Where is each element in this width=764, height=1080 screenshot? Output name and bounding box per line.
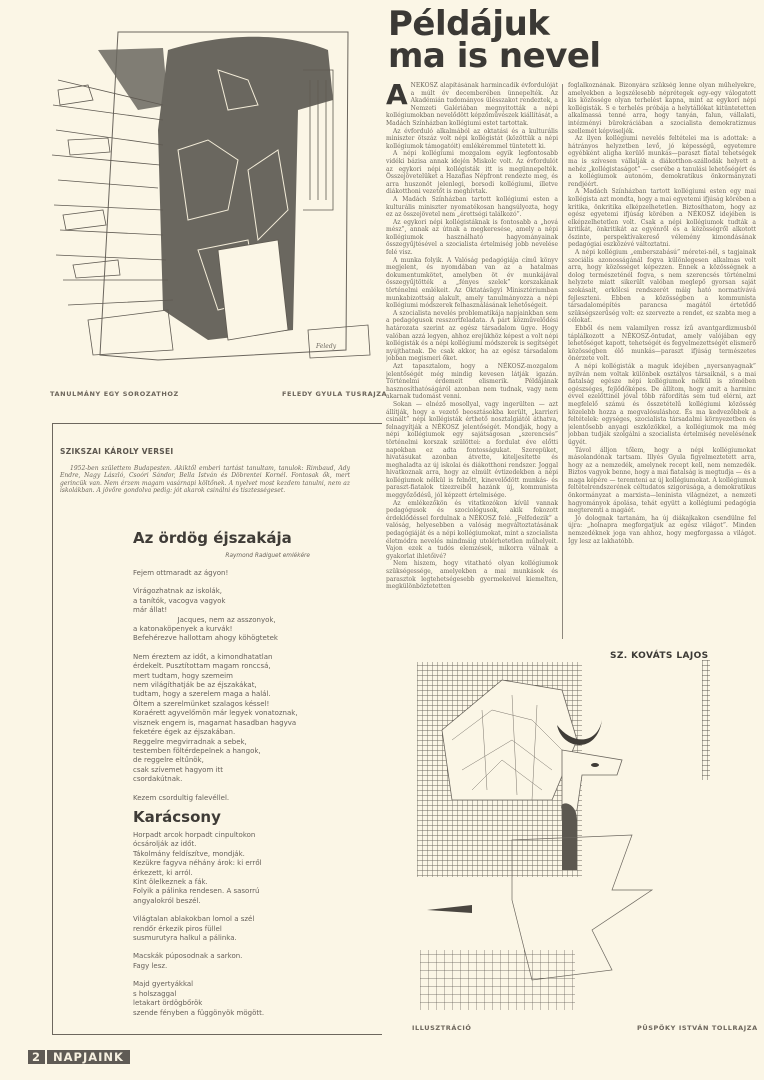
svg-text:Feledy: Feledy	[315, 343, 337, 350]
poem-stanza: Kezem csordultig falevéllel.	[133, 794, 373, 803]
article-paragraph: A népi kollégisták a maguk idejében „nye…	[568, 363, 756, 447]
illustration-caption-right: FELEDY GYULA TUSRAJZA	[282, 390, 387, 398]
poem-stanza: Világtalan ablakokban lomol a szél rendő…	[133, 915, 373, 943]
poem-stanza: Nem éreztem az időt, a kimondhatatlan ér…	[133, 653, 373, 785]
illustration-caption-right: PÜSPÖKY ISTVÁN TOLLRAJZA	[637, 1024, 758, 1032]
poem-dedication: Raymond Radiguet emlékére	[200, 553, 310, 559]
column-divider	[562, 84, 563, 639]
article-paragraph: Távol álljon tőlem, hogy a népi kollégiu…	[568, 447, 756, 515]
poem-body-2: Horpadt arcok horpadt cinpultokon ócsáro…	[133, 831, 373, 1027]
poet-bio: 1952-ben születtem Budapesten. Akiktől e…	[60, 465, 350, 495]
article-paragraph: NÉKOSZ alapításának harmincadik évfordul…	[386, 82, 558, 128]
article-paragraph: A Madách Színházban tartott kollégiumi e…	[568, 188, 756, 249]
article-paragraph: Az évforduló alkalmából az oktatási és a…	[386, 128, 558, 151]
article-paragraph: Sokan — elnéző mosollyal, vagy ingerülte…	[386, 401, 558, 500]
article-paragraph: Ebből és nem valamilyen rossz ízű avantg…	[568, 325, 756, 363]
poet-header: SZIKSZAI KÁROLY VERSEI	[60, 447, 174, 456]
poem-title-2: Karácsony	[133, 808, 221, 826]
page-footer: 2 NAPJAINK	[28, 1050, 130, 1064]
puspoky-illustration	[412, 650, 712, 1020]
poem-stanza: Majd gyertyákkal s holszaggal letakart ö…	[133, 980, 373, 1018]
page-number: 2	[28, 1050, 45, 1064]
article-paragraph: Az emlékezőkön és vitatkozókon kívül van…	[386, 500, 558, 561]
title-line-2: ma is nevel	[388, 40, 758, 72]
article-paragraph: foglalkoznának. Bizonyára szükség lenne …	[568, 82, 756, 135]
article-column-2: foglalkoznának. Bizonyára szükség lenne …	[568, 82, 756, 642]
article-paragraph: A munka folyik. A Valóság pedagógiája cí…	[386, 257, 558, 310]
article-paragraph: Nem hiszem, hogy vitatható olyan kollégi…	[386, 560, 558, 590]
article-paragraph: Azt tapasztalom, hogy a NÉKOSZ-mozgalom …	[386, 363, 558, 401]
poem-stanza: Macskák púposodnak a sarkon. Fagy lesz.	[133, 952, 373, 971]
article-paragraph: A népi kollégium „emberszabású” méretei-…	[568, 249, 756, 325]
poem-stanza: Horpadt arcok horpadt cinpultokon ócsáro…	[133, 831, 373, 906]
bull-creature-drawing-icon	[412, 650, 712, 1020]
article-title: Példájuk ma is nevel	[388, 8, 758, 72]
feledy-illustration: Feledy	[48, 10, 378, 380]
article-paragraph: A népi kollégiumi mozgalom egyik legfont…	[386, 150, 558, 196]
poem-stanza: Virágozhatnak az iskolák, a tanítók, vac…	[133, 587, 373, 643]
poem-title-1: Az ördög éjszakája	[133, 529, 292, 547]
article-paragraph: A szocialista nevelés problematikája nap…	[386, 310, 558, 363]
article-paragraph: Az ilyen kollégiumi nevelés feltételei m…	[568, 135, 756, 188]
poem-stanza: Fejem ottmaradt az ágyon!	[133, 569, 373, 578]
poem-body-1: Fejem ottmaradt az ágyon! Virágozhatnak …	[133, 569, 373, 812]
illustration-caption-left: TANULMÁNY EGY SOROZATHOZ	[50, 390, 179, 398]
drop-cap: A	[386, 83, 408, 107]
illustration-caption-left: ILLUSZTRÁCIÓ	[412, 1024, 472, 1032]
article-column-1: A NÉKOSZ alapításának harmincadik évford…	[386, 82, 558, 642]
article-paragraph: Jó dolognak tartanám, ha új diákajkakon …	[568, 515, 756, 545]
article-paragraph: Az egykori népi kollégistáknak is fontos…	[386, 219, 558, 257]
masthead: NAPJAINK	[47, 1050, 130, 1064]
abstract-ink-drawing-icon: Feledy	[48, 10, 378, 380]
article-paragraph: A Madách Színházban tartott kollégiumi e…	[386, 196, 558, 219]
